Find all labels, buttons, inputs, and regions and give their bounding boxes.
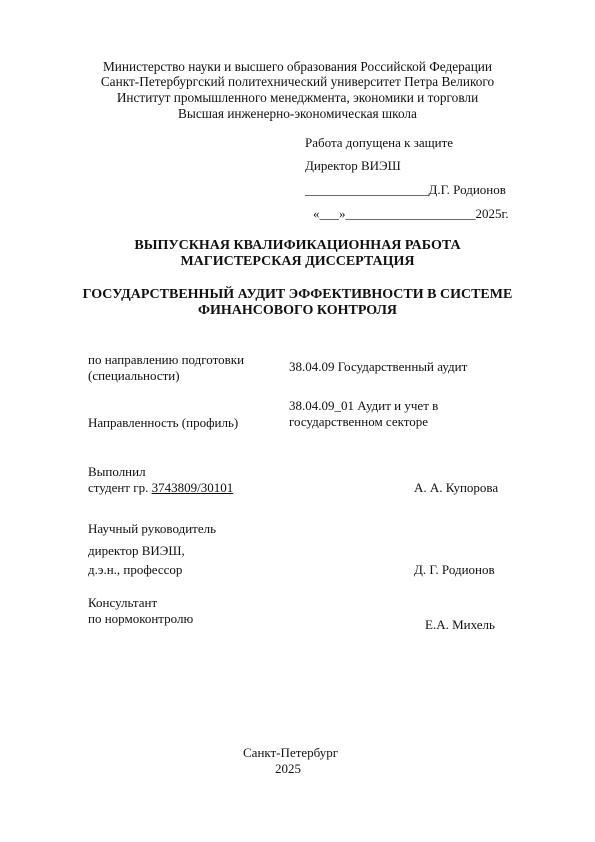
approver-signature: ___________________Д.Г. Родионов (305, 182, 506, 198)
profile-value-1: 38.04.09_01 Аудит и учет в (289, 398, 438, 414)
school-line: Высшая инженерно-экономическая школа (0, 106, 595, 122)
profile-value-2: государственном секторе (289, 414, 428, 430)
approver-name: Д.Г. Родионов (429, 182, 506, 197)
author-name: А. А. Купорова (414, 480, 498, 496)
author-label: Выполнил (88, 464, 146, 480)
supervisor-position-2: д.э.н., профессор (88, 562, 182, 578)
direction-value: 38.04.09 Государственный аудит (289, 359, 467, 375)
direction-label-1: по направлению подготовки (88, 352, 244, 368)
date-day-blank: ___ (320, 206, 340, 221)
thesis-title-line-2: ФИНАНСОВОГО КОНТРОЛЯ (0, 303, 595, 319)
approver-position: Директор ВИЭШ (305, 158, 401, 174)
consultant-name: Е.А. Михель (425, 617, 495, 633)
date-month-blank: ____________________ (346, 206, 476, 221)
consultant-label-1: Консультант (88, 595, 157, 611)
admitted-to-defense: Работа допущена к защите (305, 135, 453, 151)
direction-label-2: (специальности) (88, 368, 180, 384)
supervisor-position-1: директор ВИЭШ, (88, 543, 185, 559)
author-group: студент гр. 3743809/30101 (88, 480, 233, 496)
supervisor-label: Научный руководитель (88, 521, 216, 537)
year: 2025 (275, 761, 301, 777)
ministry-line: Министерство науки и высшего образования… (0, 59, 595, 75)
supervisor-name: Д. Г. Родионов (414, 562, 495, 578)
approval-date: «___»____________________2025г. (313, 206, 509, 222)
work-type-line-1: ВЫПУСКНАЯ КВАЛИФИКАЦИОННАЯ РАБОТА (0, 238, 595, 254)
group-prefix: студент гр. (88, 480, 152, 495)
university-line: Санкт-Петербургский политехнический унив… (0, 74, 595, 90)
group-number: 3743809/30101 (152, 480, 234, 495)
signature-line: ___________________ (305, 182, 429, 197)
work-type-line-2: МАГИСТЕРСКАЯ ДИССЕРТАЦИЯ (0, 254, 595, 270)
profile-label: Направленность (профиль) (88, 415, 238, 431)
date-year: 2025г. (476, 206, 509, 221)
thesis-title-line-1: ГОСУДАРСТВЕННЫЙ АУДИТ ЭФФЕКТИВНОСТИ В СИ… (0, 287, 595, 303)
institute-line: Институт промышленного менеджмента, экон… (0, 90, 595, 106)
city: Санкт-Петербург (243, 745, 338, 761)
consultant-label-2: по нормоконтролю (88, 611, 193, 627)
